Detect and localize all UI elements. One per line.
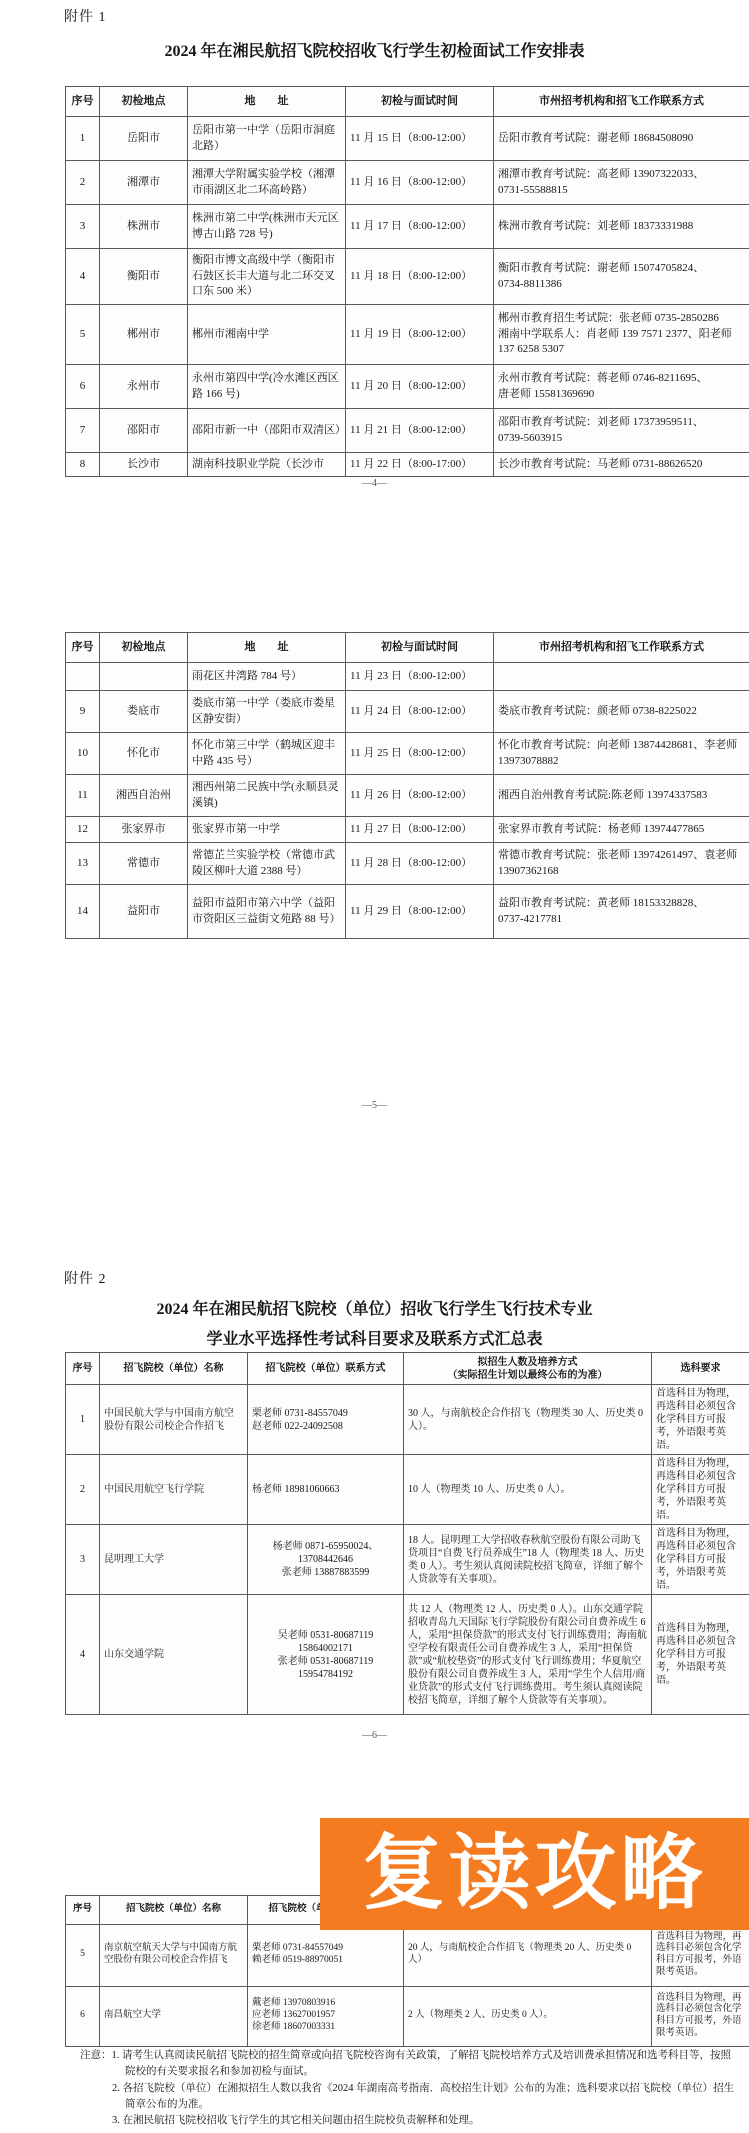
cell-time: 11 月 18 日（8:00-12:00） (346, 249, 494, 305)
cell-seq: 7 (66, 409, 100, 453)
header-plan-line2: （实际招生计划以最终公布的为准） (408, 1369, 647, 1382)
header-seq: 序号 (66, 87, 100, 117)
document-page: 附件 1 2024 年在湘民航招飞院校招收飞行学生初检面试工作安排表 序号 初检… (0, 0, 749, 2133)
cell-address: 怀化市第三中学（鹤城区迎丰中路 435 号） (188, 733, 346, 775)
table-row: 4 山东交通学院 吴老师 0531-80687119 15864002171 张… (66, 1595, 749, 1715)
header-plan: 拟招生人数及培养方式 （实际招生计划以最终公布的为准） (404, 1353, 652, 1385)
attachment1-label: 附件 1 (64, 6, 107, 26)
cell-contact: 邵阳市教育考试院：刘老师 17373959511、 0739-5603915 (494, 409, 749, 453)
cell-location: 永州市 (100, 365, 188, 409)
cell-contact: 岳阳市教育考试院：谢老师 18684508090 (494, 117, 749, 161)
table-row: 雨花区井湾路 784 号） 11 月 23 日（8:00-12:00） (66, 663, 749, 691)
cell-seq: 5 (66, 305, 100, 365)
table-row: 3 株洲市 株洲市第二中学(株洲市天元区博古山路 728 号) 11 月 17 … (66, 205, 749, 249)
cell-location: 张家界市 (100, 817, 188, 843)
cell-address: 湘西州第二民族中学(永顺县灵溪镇) (188, 775, 346, 817)
table-header-row: 序号 招飞院校（单位）名称 招飞院校（单位）联系方式 拟招生人数及培养方式 （实… (66, 1353, 749, 1385)
table-row: 1 岳阳市 岳阳市第一中学（岳阳市洞庭北路） 11 月 15 日（8:00-12… (66, 117, 749, 161)
cell-time: 11 月 24 日（8:00-12:00） (346, 691, 494, 733)
cell-plan: 18 人。昆明理工大学招收春秋航空股份有限公司助飞贷项目“自费飞行员养成生”18… (404, 1525, 652, 1595)
cell-contact (494, 663, 749, 691)
cell-contact: 株洲市教育考试院：刘老师 18373331988 (494, 205, 749, 249)
cell-plan: 30 人，与南航校企合作招飞（物理类 30 人、历史类 0 人）。 (404, 1385, 652, 1455)
cell-location: 株洲市 (100, 205, 188, 249)
cell-subjects: 首选科目为物理，再选科目必须包含化学科目方可报考，外语限考英语。 (652, 1455, 749, 1525)
cell-location: 常德市 (100, 843, 188, 885)
cell-time: 11 月 25 日（8:00-12:00） (346, 733, 494, 775)
header-time: 初检与面试时间 (346, 633, 494, 663)
cell-address: 永州市第四中学(冷水滩区西区路 166 号) (188, 365, 346, 409)
cell-seq: 1 (66, 117, 100, 161)
cell-location: 娄底市 (100, 691, 188, 733)
cell-plan: 2 人（物理类 2 人、历史类 0 人）。 (404, 1986, 652, 2046)
table2-title-line2: 学业水平选择性考试科目要求及联系方式汇总表 (0, 1326, 749, 1349)
cell-subjects: 首选科目为物理，再选科目必须包含化学科目方可报考，外语限考英语。 (652, 1986, 749, 2046)
summary-table-2: 序号 招飞院校（单位）名称 招飞院校（单位）联系方式 拟招生人数及培养方式 （实… (65, 1352, 749, 1715)
header-address: 地 址 (188, 633, 346, 663)
cell-address: 娄底市第一中学（娄底市娄星区静安街） (188, 691, 346, 733)
cell-contact: 娄底市教育考试院：颜老师 0738-8225022 (494, 691, 749, 733)
cell-time: 11 月 20 日（8:00-12:00） (346, 365, 494, 409)
table-row: 5 南京航空航天大学与中国南方航空股份有限公司校企合作招飞 栗老师 0731-8… (66, 1924, 749, 1986)
table2-title-line1: 2024 年在湘民航招飞院校（单位）招收飞行学生飞行技术专业 (0, 1296, 749, 1319)
cell-location: 湘潭市 (100, 161, 188, 205)
cell-seq: 14 (66, 885, 100, 939)
cell-seq: 3 (66, 1525, 100, 1595)
cell-address: 益阳市益阳市第六中学（益阳市资阳区三益街文苑路 88 号） (188, 885, 346, 939)
table-row: 2 湘潭市 湘潭大学附属实验学校（湘潭市雨湖区北二环高岭路） 11 月 16 日… (66, 161, 749, 205)
cell-location: 岳阳市 (100, 117, 188, 161)
cell-subjects: 首选科目为物理，再选科目必须包含化学科目方可报考，外语限考英语。 (652, 1525, 749, 1595)
cell-contact: 张家界市教育考试院：杨老师 13974477865 (494, 817, 749, 843)
cell-school-contact: 栗老师 0731-84557049 赖老师 0519-88970051 (248, 1924, 404, 1986)
cell-school-contact: 杨老师 18981060663 (248, 1455, 404, 1525)
header-school-name: 招飞院校（单位）名称 (100, 1896, 248, 1925)
cell-address: 湖南科技职业学院（长沙市 (188, 453, 346, 477)
table-row: 11 湘西自治州 湘西州第二民族中学(永顺县灵溪镇) 11 月 26 日（8:0… (66, 775, 749, 817)
cell-location: 怀化市 (100, 733, 188, 775)
cell-seq: 8 (66, 453, 100, 477)
cell-contact: 怀化市教育考试院：向老师 13874428681、李老师 13973078882 (494, 733, 749, 775)
cell-subjects: 首选科目为物理，再选科目必须包含化学科目方可报考，外语限考英语。 (652, 1595, 749, 1715)
cell-address: 岳阳市第一中学（岳阳市洞庭北路） (188, 117, 346, 161)
table1-title: 2024 年在湘民航招飞院校招收飞行学生初检面试工作安排表 (0, 38, 749, 61)
schedule-table-1: 序号 初检地点 地 址 初检与面试时间 市州招考机构和招飞工作联系方式 1 岳阳… (65, 86, 749, 477)
cell-contact: 常德市教育考试院：张老师 13974261497、袁老师 13907362168 (494, 843, 749, 885)
cell-address: 张家界市第一中学 (188, 817, 346, 843)
cell-contact: 衡阳市教育考试院：谢老师 15074705824、 0734-8811386 (494, 249, 749, 305)
cell-time: 11 月 29 日（8:00-12:00） (346, 885, 494, 939)
cell-school-contact: 吴老师 0531-80687119 15864002171 张老师 0531-8… (248, 1595, 404, 1715)
table-row: 1 中国民航大学与中国南方航空股份有限公司校企合作招飞 栗老师 0731-845… (66, 1385, 749, 1455)
cell-location: 长沙市 (100, 453, 188, 477)
note-item: 注意：1. 请考生认真阅读民航招飞院校的招生简章或向招飞院校咨询有关政策，了解招… (80, 2048, 740, 2081)
cell-time: 11 月 19 日（8:00-12:00） (346, 305, 494, 365)
cell-contact: 长沙市教育考试院：马老师 0731-88626520 (494, 453, 749, 477)
header-seq: 序号 (66, 1353, 100, 1385)
table-row: 6 永州市 永州市第四中学(冷水滩区西区路 166 号) 11 月 20 日（8… (66, 365, 749, 409)
cell-school-contact: 栗老师 0731-84557049 赵老师 022-24092508 (248, 1385, 404, 1455)
page-number: —6— (0, 1730, 749, 1741)
cell-location: 衡阳市 (100, 249, 188, 305)
cell-time: 11 月 26 日（8:00-12:00） (346, 775, 494, 817)
cell-plan: 共 12 人（物理类 12 人、历史类 0 人）。山东交通学院招收青岛九天国际飞… (404, 1595, 652, 1715)
cell-seq: 1 (66, 1385, 100, 1455)
table-row: 10 怀化市 怀化市第三中学（鹤城区迎丰中路 435 号） 11 月 25 日（… (66, 733, 749, 775)
table-row: 14 益阳市 益阳市益阳市第六中学（益阳市资阳区三益街文苑路 88 号） 11 … (66, 885, 749, 939)
cell-school-name: 中国民用航空飞行学院 (100, 1455, 248, 1525)
cell-seq: 12 (66, 817, 100, 843)
table-row: 5 郴州市 郴州市湘南中学 11 月 19 日（8:00-12:00） 郴州市教… (66, 305, 749, 365)
attachment2-label: 附件 2 (64, 1268, 107, 1288)
cell-subjects: 首选科目为物理，再选科目必须包含化学科目方可报考，外语限考英语。 (652, 1924, 749, 1986)
table-row: 2 中国民用航空飞行学院 杨老师 18981060663 10 人（物理类 10… (66, 1455, 749, 1525)
cell-seq: 11 (66, 775, 100, 817)
cell-seq: 4 (66, 1595, 100, 1715)
cell-school-name: 昆明理工大学 (100, 1525, 248, 1595)
cell-contact: 益阳市教育考试院：黄老师 18153328828、 0737-4217781 (494, 885, 749, 939)
cell-school-name: 山东交通学院 (100, 1595, 248, 1715)
cell-address: 常德芷兰实验学校（常德市武陵区柳叶大道 2388 号） (188, 843, 346, 885)
header-plan-line1: 拟招生人数及培养方式 (408, 1356, 647, 1369)
table-row: 6 南昌航空大学 戴老师 13970803916 应老师 13627001957… (66, 1986, 749, 2046)
cell-contact: 永州市教育考试院：蒋老师 0746-8211695、 唐老师 155813696… (494, 365, 749, 409)
page-number: —4— (0, 478, 749, 489)
cell-seq: 6 (66, 1986, 100, 2046)
cell-school-name: 南京航空航天大学与中国南方航空股份有限公司校企合作招飞 (100, 1924, 248, 1986)
table-row: 12 张家界市 张家界市第一中学 11 月 27 日（8:00-12:00） 张… (66, 817, 749, 843)
cell-seq: 2 (66, 161, 100, 205)
cell-plan: 10 人（物理类 10 人、历史类 0 人）。 (404, 1455, 652, 1525)
cell-location: 湘西自治州 (100, 775, 188, 817)
header-address: 地 址 (188, 87, 346, 117)
cell-school-contact: 杨老师 0871-65950024、 13708442646 张老师 13887… (248, 1525, 404, 1595)
ad-banner-text: 复读攻略 (362, 1833, 706, 1915)
cell-time: 11 月 17 日（8:00-12:00） (346, 205, 494, 249)
cell-seq: 6 (66, 365, 100, 409)
header-school-contact: 招飞院校（单位）联系方式 (248, 1353, 404, 1385)
cell-time: 11 月 22 日（8:00-17:00） (346, 453, 494, 477)
cell-time: 11 月 15 日（8:00-12:00） (346, 117, 494, 161)
note-item: 3. 在湘民航招飞院校招收飞行学生的其它相关问题由招生院校负责解释和处理。 (112, 2113, 740, 2129)
page-number: —5— (0, 1100, 749, 1111)
cell-subjects: 首选科目为物理，再选科目必须包含化学科目方可报考，外语限考英语。 (652, 1385, 749, 1455)
cell-address: 衡阳市博文高级中学（衡阳市石鼓区长丰大道与北二环交叉口东 500 米） (188, 249, 346, 305)
cell-seq: 2 (66, 1455, 100, 1525)
cell-seq (66, 663, 100, 691)
cell-contact: 湘西自治州教育考试院:陈老师 13974337583 (494, 775, 749, 817)
header-time: 初检与面试时间 (346, 87, 494, 117)
cell-seq: 3 (66, 205, 100, 249)
table-header-row: 序号 初检地点 地 址 初检与面试时间 市州招考机构和招飞工作联系方式 (66, 633, 749, 663)
header-contact: 市州招考机构和招飞工作联系方式 (494, 633, 749, 663)
notes: 注意：1. 请考生认真阅读民航招飞院校的招生简章或向招飞院校咨询有关政策，了解招… (80, 2048, 740, 2129)
header-location: 初检地点 (100, 87, 188, 117)
cell-time: 11 月 28 日（8:00-12:00） (346, 843, 494, 885)
header-seq: 序号 (66, 1896, 100, 1925)
cell-contact: 湘潭市教育考试院：高老师 13907322033、 0731-55588815 (494, 161, 749, 205)
cell-address: 湘潭大学附属实验学校（湘潭市雨湖区北二环高岭路） (188, 161, 346, 205)
cell-location (100, 663, 188, 691)
table-row: 8 长沙市 湖南科技职业学院（长沙市 11 月 22 日（8:00-17:00）… (66, 453, 749, 477)
cell-school-name: 南昌航空大学 (100, 1986, 248, 2046)
header-location: 初检地点 (100, 633, 188, 663)
cell-time: 11 月 16 日（8:00-12:00） (346, 161, 494, 205)
cell-address: 邵阳市新一中（邵阳市双清区） (188, 409, 346, 453)
cell-time: 11 月 21 日（8:00-12:00） (346, 409, 494, 453)
header-contact: 市州招考机构和招飞工作联系方式 (494, 87, 749, 117)
table-row: 13 常德市 常德芷兰实验学校（常德市武陵区柳叶大道 2388 号） 11 月 … (66, 843, 749, 885)
schedule-table-1-continued: 序号 初检地点 地 址 初检与面试时间 市州招考机构和招飞工作联系方式 雨花区井… (65, 632, 749, 939)
header-subjects: 选科要求 (652, 1353, 749, 1385)
cell-seq: 9 (66, 691, 100, 733)
cell-location: 邵阳市 (100, 409, 188, 453)
cell-address: 株洲市第二中学(株洲市天元区博古山路 728 号) (188, 205, 346, 249)
cell-school-contact: 戴老师 13970803916 应老师 13627001957 徐老师 1860… (248, 1986, 404, 2046)
header-school-name: 招飞院校（单位）名称 (100, 1353, 248, 1385)
table-header-row: 序号 初检地点 地 址 初检与面试时间 市州招考机构和招飞工作联系方式 (66, 87, 749, 117)
cell-seq: 10 (66, 733, 100, 775)
cell-seq: 4 (66, 249, 100, 305)
table-row: 3 昆明理工大学 杨老师 0871-65950024、 13708442646 … (66, 1525, 749, 1595)
table-row: 4 衡阳市 衡阳市博文高级中学（衡阳市石鼓区长丰大道与北二环交叉口东 500 米… (66, 249, 749, 305)
table-row: 7 邵阳市 邵阳市新一中（邵阳市双清区） 11 月 21 日（8:00-12:0… (66, 409, 749, 453)
cell-time: 11 月 27 日（8:00-12:00） (346, 817, 494, 843)
cell-seq: 13 (66, 843, 100, 885)
cell-time: 11 月 23 日（8:00-12:00） (346, 663, 494, 691)
cell-address: 郴州市湘南中学 (188, 305, 346, 365)
header-seq: 序号 (66, 633, 100, 663)
cell-location: 益阳市 (100, 885, 188, 939)
cell-school-name: 中国民航大学与中国南方航空股份有限公司校企合作招飞 (100, 1385, 248, 1455)
table-row: 9 娄底市 娄底市第一中学（娄底市娄星区静安街） 11 月 24 日（8:00-… (66, 691, 749, 733)
cell-address: 雨花区井湾路 784 号） (188, 663, 346, 691)
ad-banner[interactable]: 复读攻略 (320, 1818, 749, 1930)
cell-contact: 郴州市教育招生考试院：张老师 0735-2850286 湘南中学联系人：肖老师 … (494, 305, 749, 365)
cell-seq: 5 (66, 1924, 100, 1986)
cell-location: 郴州市 (100, 305, 188, 365)
note-item: 2. 各招飞院校（单位）在湘拟招生人数以我省《2024 年湖南高考指南．高校招生… (112, 2081, 740, 2114)
cell-plan: 20 人，与南航校企合作招飞（物理类 20 人、历史类 0 人） (404, 1924, 652, 1986)
